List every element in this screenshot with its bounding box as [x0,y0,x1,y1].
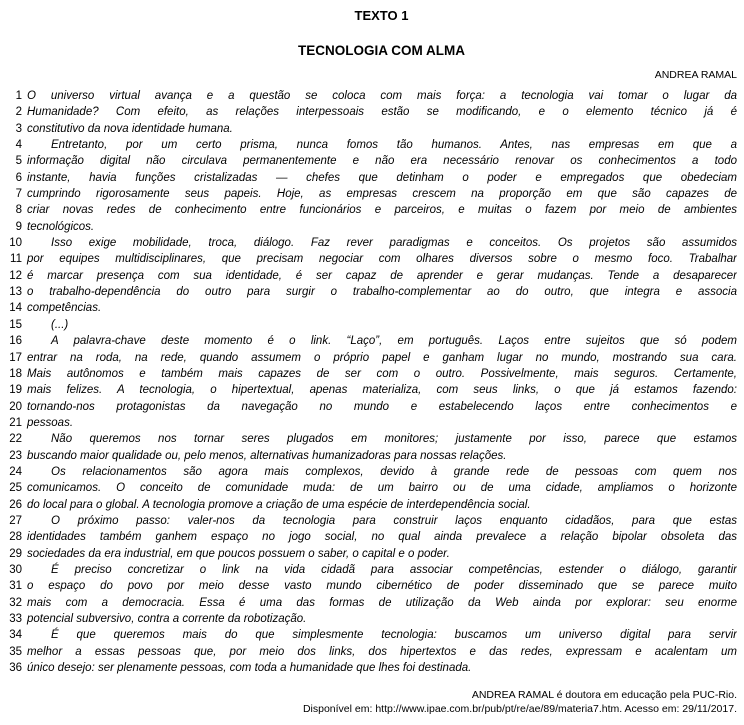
line-text: tornando-nos protagonistas da navegação … [27,399,737,415]
text-line: 17entrar na roda, na rede, quando assume… [0,350,737,366]
text-line: 12é marcar presença com sua identidade, … [0,268,737,284]
source-line: Disponível em: http://www.ipae.com.br/pu… [0,703,737,717]
line-number: 22 [0,431,22,447]
text-line: 25comunicamos. O conceito de comunidade … [0,480,737,496]
text-line: 4Entretanto, por um certo prisma, nunca … [0,137,737,153]
line-number: 36 [0,660,22,676]
line-text: por equipes multidisciplinares, que prec… [27,251,737,267]
line-text: criar novas redes de conhecimento entre … [27,202,737,218]
text-line: 24Os relacionamentos são agora mais comp… [0,464,737,480]
line-number: 9 [0,219,22,235]
line-text: comunicamos. O conceito de comunidade mu… [27,480,737,496]
text-line: 19mais felizes. A tecnologia, o hipertex… [0,382,737,398]
line-text: Mais autônomos e também mais capazes de … [27,366,737,382]
text-line: 32mais com a democracia. Essa é uma das … [0,595,737,611]
line-text: tecnológicos. [27,219,737,235]
line-text: o espaço do povo por meio desse vasto mu… [27,578,737,594]
line-number: 30 [0,562,22,578]
line-number: 3 [0,121,22,137]
line-text: É que queremos mais do que simplesmente … [27,627,737,643]
line-text: (...) [27,317,737,333]
text-line: 2Humanidade? Com efeito, as relações int… [0,104,737,120]
text-line: 22Não queremos nos tornar seres plugados… [0,431,737,447]
line-number: 19 [0,382,22,398]
line-number: 5 [0,153,22,169]
line-number: 28 [0,529,22,545]
text-line: 35melhor a essas pessoas que, por meio d… [0,644,737,660]
line-number: 15 [0,317,22,333]
text-body: 1O universo virtual avança e a questão s… [0,88,744,676]
line-text: Humanidade? Com efeito, as relações inte… [27,104,737,120]
line-number: 20 [0,399,22,415]
text-line: 20tornando-nos protagonistas da navegaçã… [0,399,737,415]
line-number: 25 [0,480,22,496]
line-text: cumprindo rigorosamente seus papeis. Hoj… [27,186,737,202]
line-number: 23 [0,448,22,464]
text-line: 36único desejo: ser plenamente pessoas, … [0,660,737,676]
line-text: Os relacionamentos são agora mais comple… [27,464,737,480]
text-line: 31o espaço do povo por meio desse vasto … [0,578,737,594]
line-number: 8 [0,202,22,218]
text-line: 23buscando maior qualidade ou, pelo meno… [0,448,737,464]
line-text: Entretanto, por um certo prisma, nunca f… [27,137,737,153]
text-line: 21pessoas. [0,415,737,431]
text-line: 28identidades também ganhem espaço no jo… [0,529,737,545]
line-text: O universo virtual avança e a questão se… [27,88,737,104]
line-text: identidades também ganhem espaço no jogo… [27,529,737,545]
line-number: 27 [0,513,22,529]
text-line: 3constitutivo da nova identidade humana. [0,121,737,137]
document-header: TEXTO 1 TECNOLOGIA COM ALMA ANDREA RAMAL [26,0,737,81]
line-number: 29 [0,546,22,562]
line-number: 4 [0,137,22,153]
text-line: 30É preciso concretizar o link na vida c… [0,562,737,578]
line-text: potencial subversivo, contra a corrente … [27,611,737,627]
line-text: informação digital não circulava permane… [27,153,737,169]
text-line: 9tecnológicos. [0,219,737,235]
line-text: o trabalho-dependência do outro para sur… [27,284,737,300]
line-number: 33 [0,611,22,627]
text-line: 1O universo virtual avança e a questão s… [0,88,737,104]
text-line: 5informação digital não circulava perman… [0,153,737,169]
text-line: 33potencial subversivo, contra a corrent… [0,611,737,627]
line-text: O próximo passo: valer-nos da tecnologia… [27,513,737,529]
text-line: 11por equipes multidisciplinares, que pr… [0,251,737,267]
doc-title: TECNOLOGIA COM ALMA [26,44,737,58]
line-number: 11 [0,251,22,267]
text-line: 15(...) [0,317,737,333]
text-line: 10Isso exige mobilidade, troca, diálogo.… [0,235,737,251]
line-number: 14 [0,300,22,316]
line-text: É preciso concretizar o link na vida cid… [27,562,737,578]
line-text: A palavra-chave deste momento é o link. … [27,333,737,349]
text-line: 14competências. [0,300,737,316]
line-number: 17 [0,350,22,366]
line-text: sociedades da era industrial, em que pou… [27,546,737,562]
doc-label: TEXTO 1 [26,0,737,23]
text-line: 13o trabalho-dependência do outro para s… [0,284,737,300]
line-number: 24 [0,464,22,480]
text-line: 7cumprindo rigorosamente seus papeis. Ho… [0,186,737,202]
line-text: é marcar presença com sua identidade, é … [27,268,737,284]
line-number: 6 [0,170,22,186]
line-text: Não queremos nos tornar seres plugados e… [27,431,737,447]
line-text: do local para o global. A tecnologia pro… [27,497,737,513]
line-number: 10 [0,235,22,251]
line-text: mais com a democracia. Essa é uma das fo… [27,595,737,611]
document-page: TEXTO 1 TECNOLOGIA COM ALMA ANDREA RAMAL… [0,0,744,725]
text-line: 26do local para o global. A tecnologia p… [0,497,737,513]
line-number: 35 [0,644,22,660]
line-number: 18 [0,366,22,382]
line-text: instante, havia funções cristalizadas — … [27,170,737,186]
text-line: 27O próximo passo: valer-nos da tecnolog… [0,513,737,529]
text-line: 34É que queremos mais do que simplesment… [0,627,737,643]
line-text: entrar na roda, na rede, quando assumem … [27,350,737,366]
line-text: melhor a essas pessoas que, por meio dos… [27,644,737,660]
text-line: 8criar novas redes de conhecimento entre… [0,202,737,218]
document-footer: ANDREA RAMAL é doutora em educação pela … [0,689,744,716]
line-number: 21 [0,415,22,431]
author-credit: ANDREA RAMAL é doutora em educação pela … [0,689,737,703]
line-text: buscando maior qualidade ou, pelo menos,… [27,448,737,464]
line-text: mais felizes. A tecnologia, o hipertextu… [27,382,737,398]
line-number: 16 [0,333,22,349]
line-number: 32 [0,595,22,611]
line-number: 1 [0,88,22,104]
text-line: 6instante, havia funções cristalizadas —… [0,170,737,186]
text-line: 29sociedades da era industrial, em que p… [0,546,737,562]
line-number: 12 [0,268,22,284]
line-text: competências. [27,300,737,316]
byline: ANDREA RAMAL [26,69,737,81]
line-number: 2 [0,104,22,120]
text-line: 18Mais autônomos e também mais capazes d… [0,366,737,382]
line-text: constitutivo da nova identidade humana. [27,121,737,137]
line-number: 31 [0,578,22,594]
line-text: Isso exige mobilidade, troca, diálogo. F… [27,235,737,251]
line-number: 34 [0,627,22,643]
line-number: 13 [0,284,22,300]
line-text: pessoas. [27,415,737,431]
text-line: 16A palavra-chave deste momento é o link… [0,333,737,349]
line-number: 7 [0,186,22,202]
line-text: único desejo: ser plenamente pessoas, co… [27,660,737,676]
line-number: 26 [0,497,22,513]
